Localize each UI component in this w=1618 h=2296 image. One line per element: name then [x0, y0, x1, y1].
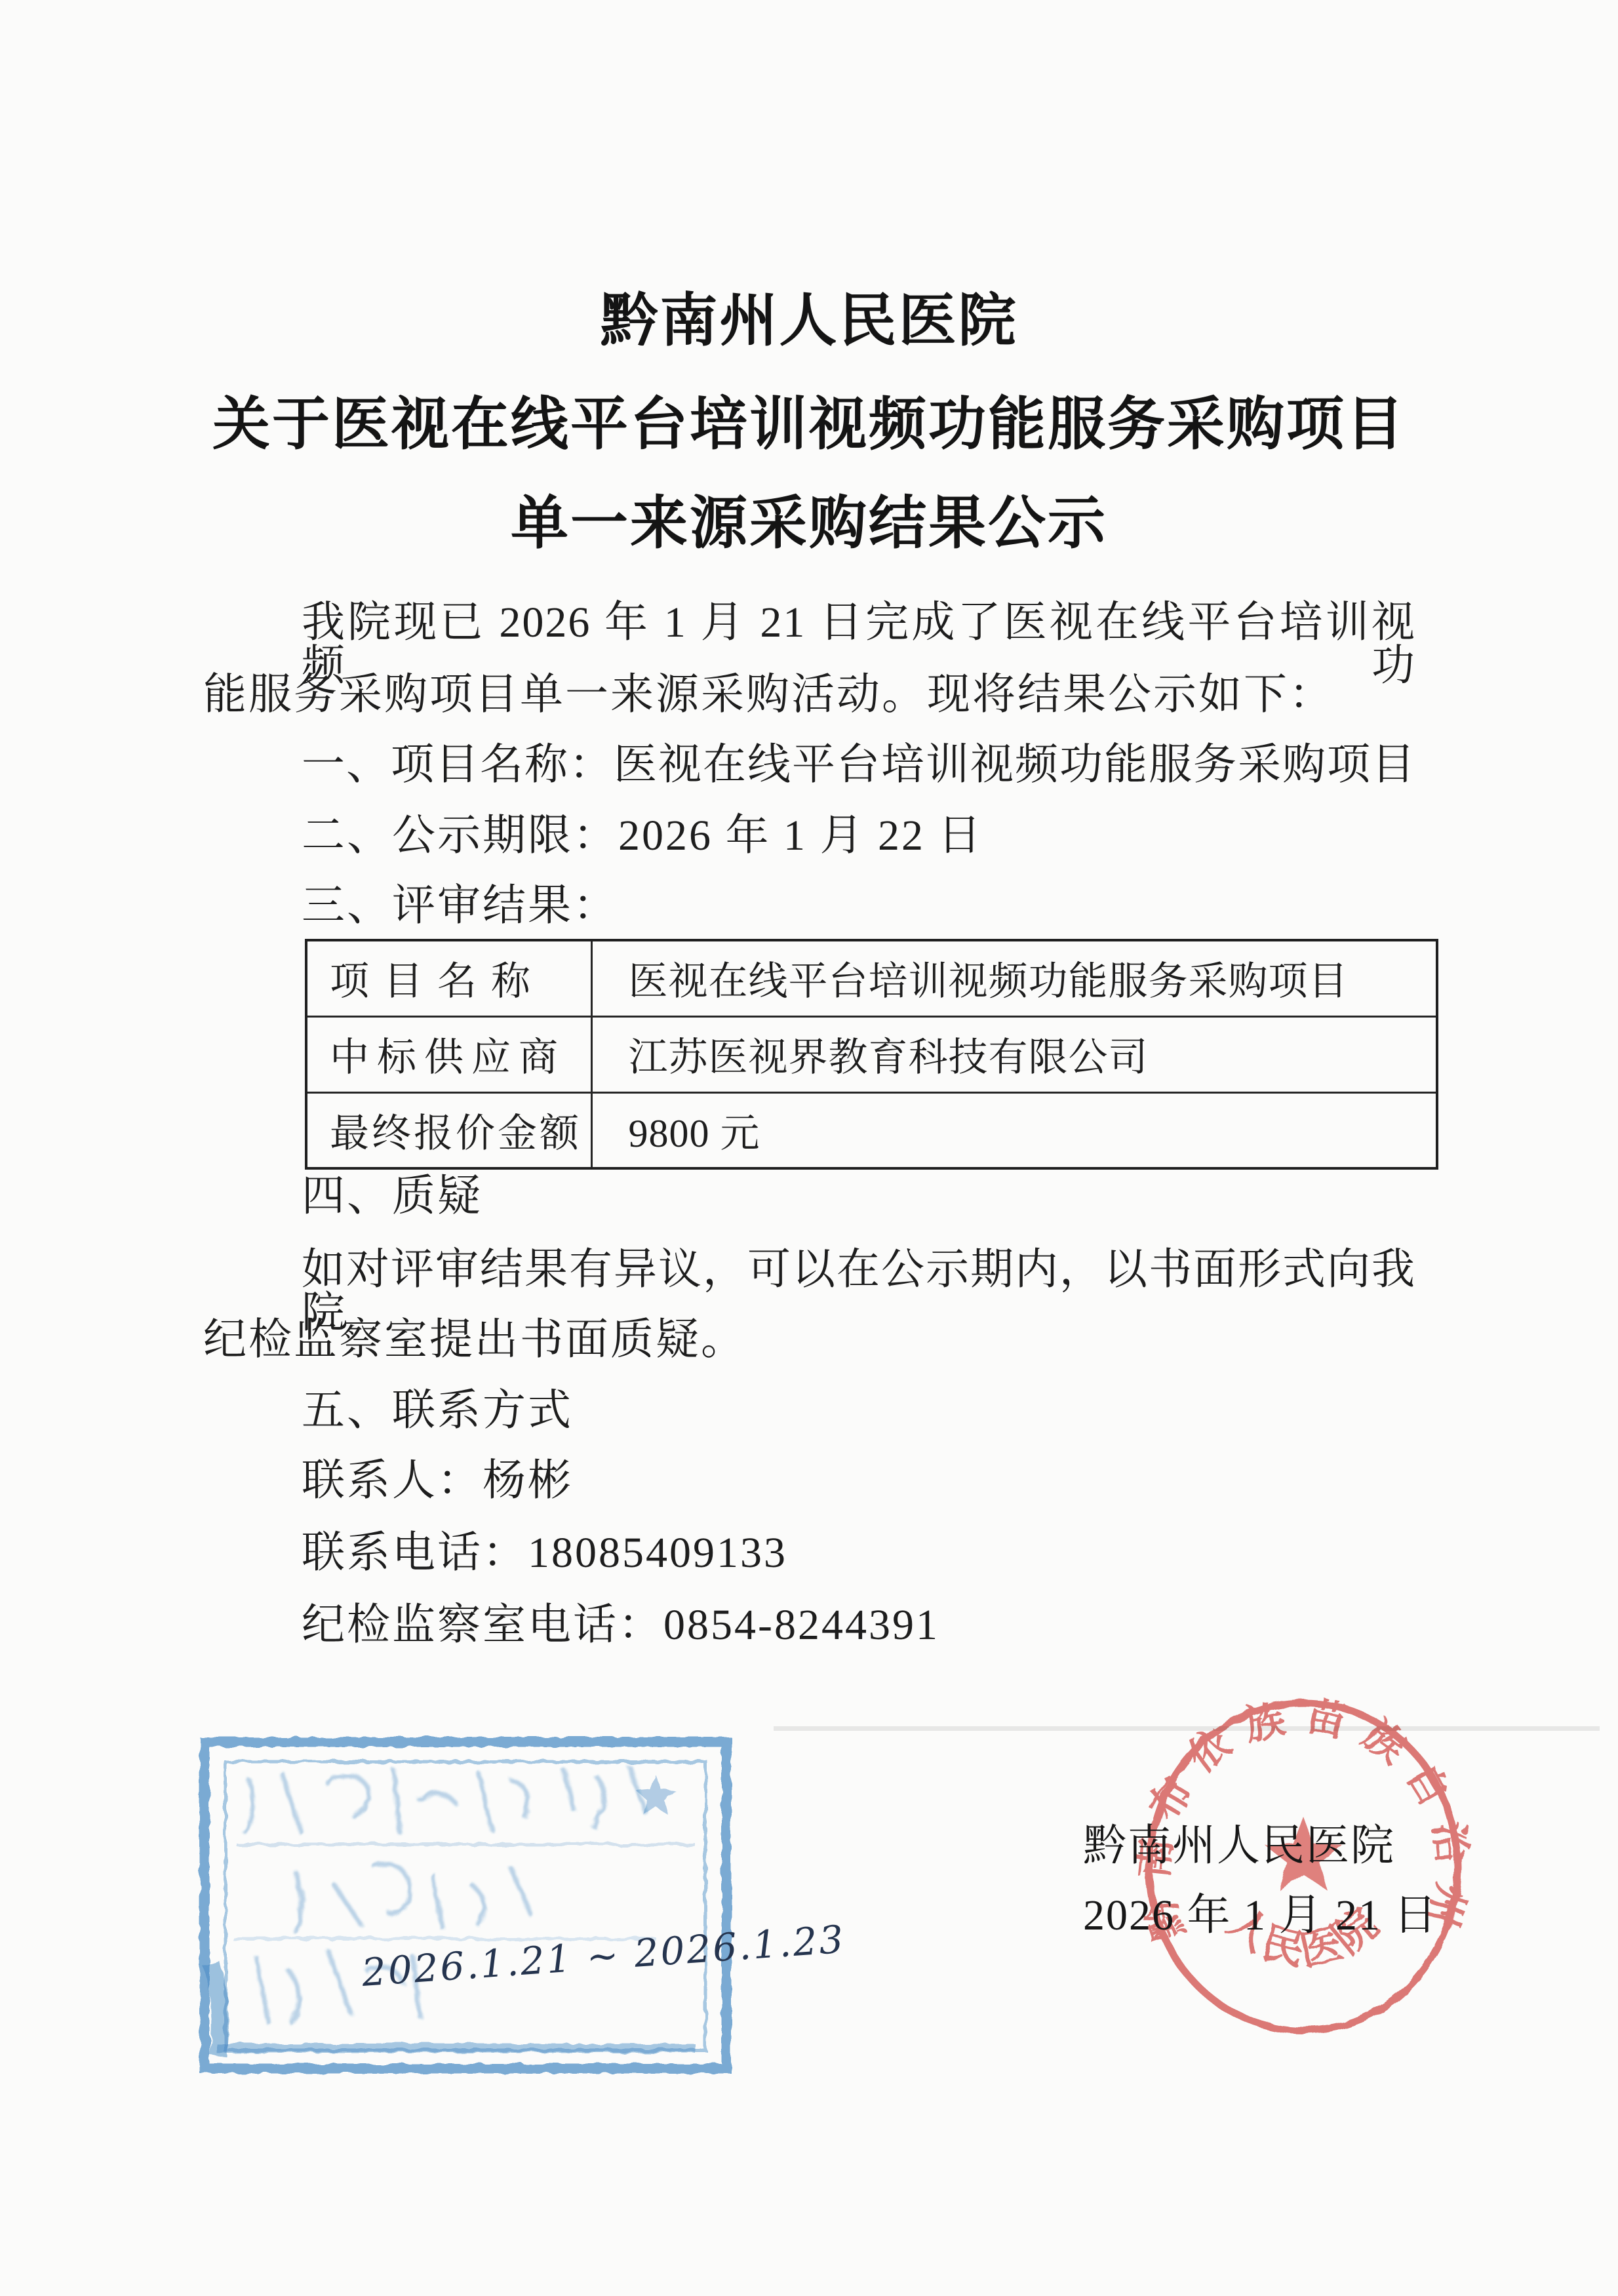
stamp-star-mark: [636, 1775, 675, 1815]
table-label-cell: 中标供应商: [306, 1016, 591, 1092]
item-contact: 五、联系方式: [302, 1389, 573, 1433]
doc-title-line3: 单一来源采购结果公示: [0, 494, 1618, 552]
table-row: 最终报价金额 9800 元: [306, 1092, 1437, 1168]
signature-org: 黔南州人民医院: [1083, 1825, 1395, 1868]
table-row: 项目名称 医视在线平台培训视频功能服务采购项目: [306, 940, 1437, 1016]
para1-line2: 能服务采购项目单一来源采购活动。现将结果公示如下：: [203, 673, 1334, 717]
contact-phone: 联系电话：18085409133: [302, 1532, 787, 1575]
table-label-cell: 最终报价金额: [306, 1092, 591, 1168]
supervision-phone: 纪检监察室电话：0854-8244391: [302, 1604, 939, 1647]
item-objection: 四、质疑: [302, 1175, 483, 1218]
contact-person: 联系人：杨彬: [302, 1459, 573, 1503]
table-label-cell: 项目名称: [306, 940, 591, 1016]
document-page: 黔南州人民医院 关于医视在线平台培训视频功能服务采购项目 单一来源采购结果公示 …: [0, 0, 1618, 2296]
review-result-table: 项目名称 医视在线平台培训视频功能服务采购项目 中标供应商 江苏医视界教育科技有…: [305, 939, 1438, 1170]
para2-line2: 纪检监察室提出书面质疑。: [203, 1318, 746, 1362]
item-review-result: 三、评审结果：: [302, 884, 618, 928]
table-value-cell: 医视在线平台培训视频功能服务采购项目: [591, 940, 1437, 1016]
item-project-name: 一、项目名称：医视在线平台培训视频功能服务采购项目: [302, 743, 1416, 787]
doc-title-line1: 黔南州人民医院: [0, 292, 1618, 349]
publicity-board-stamp: [197, 1734, 734, 2082]
signature-date: 2026 年 1 月 21 日: [1083, 1894, 1438, 1937]
doc-title-line2: 关于医视在线平台培训视频功能服务采购项目: [0, 395, 1618, 453]
item-publicity-period: 二、公示期限：2026 年 1 月 22 日: [302, 814, 983, 858]
official-red-seal: 黔南布依族苗族自治州 人民医院: [1134, 1695, 1475, 2049]
table-row: 中标供应商 江苏医视界教育科技有限公司: [306, 1016, 1437, 1092]
table-value-cell: 江苏医视界教育科技有限公司: [591, 1016, 1437, 1092]
table-value-cell: 9800 元: [591, 1092, 1437, 1168]
